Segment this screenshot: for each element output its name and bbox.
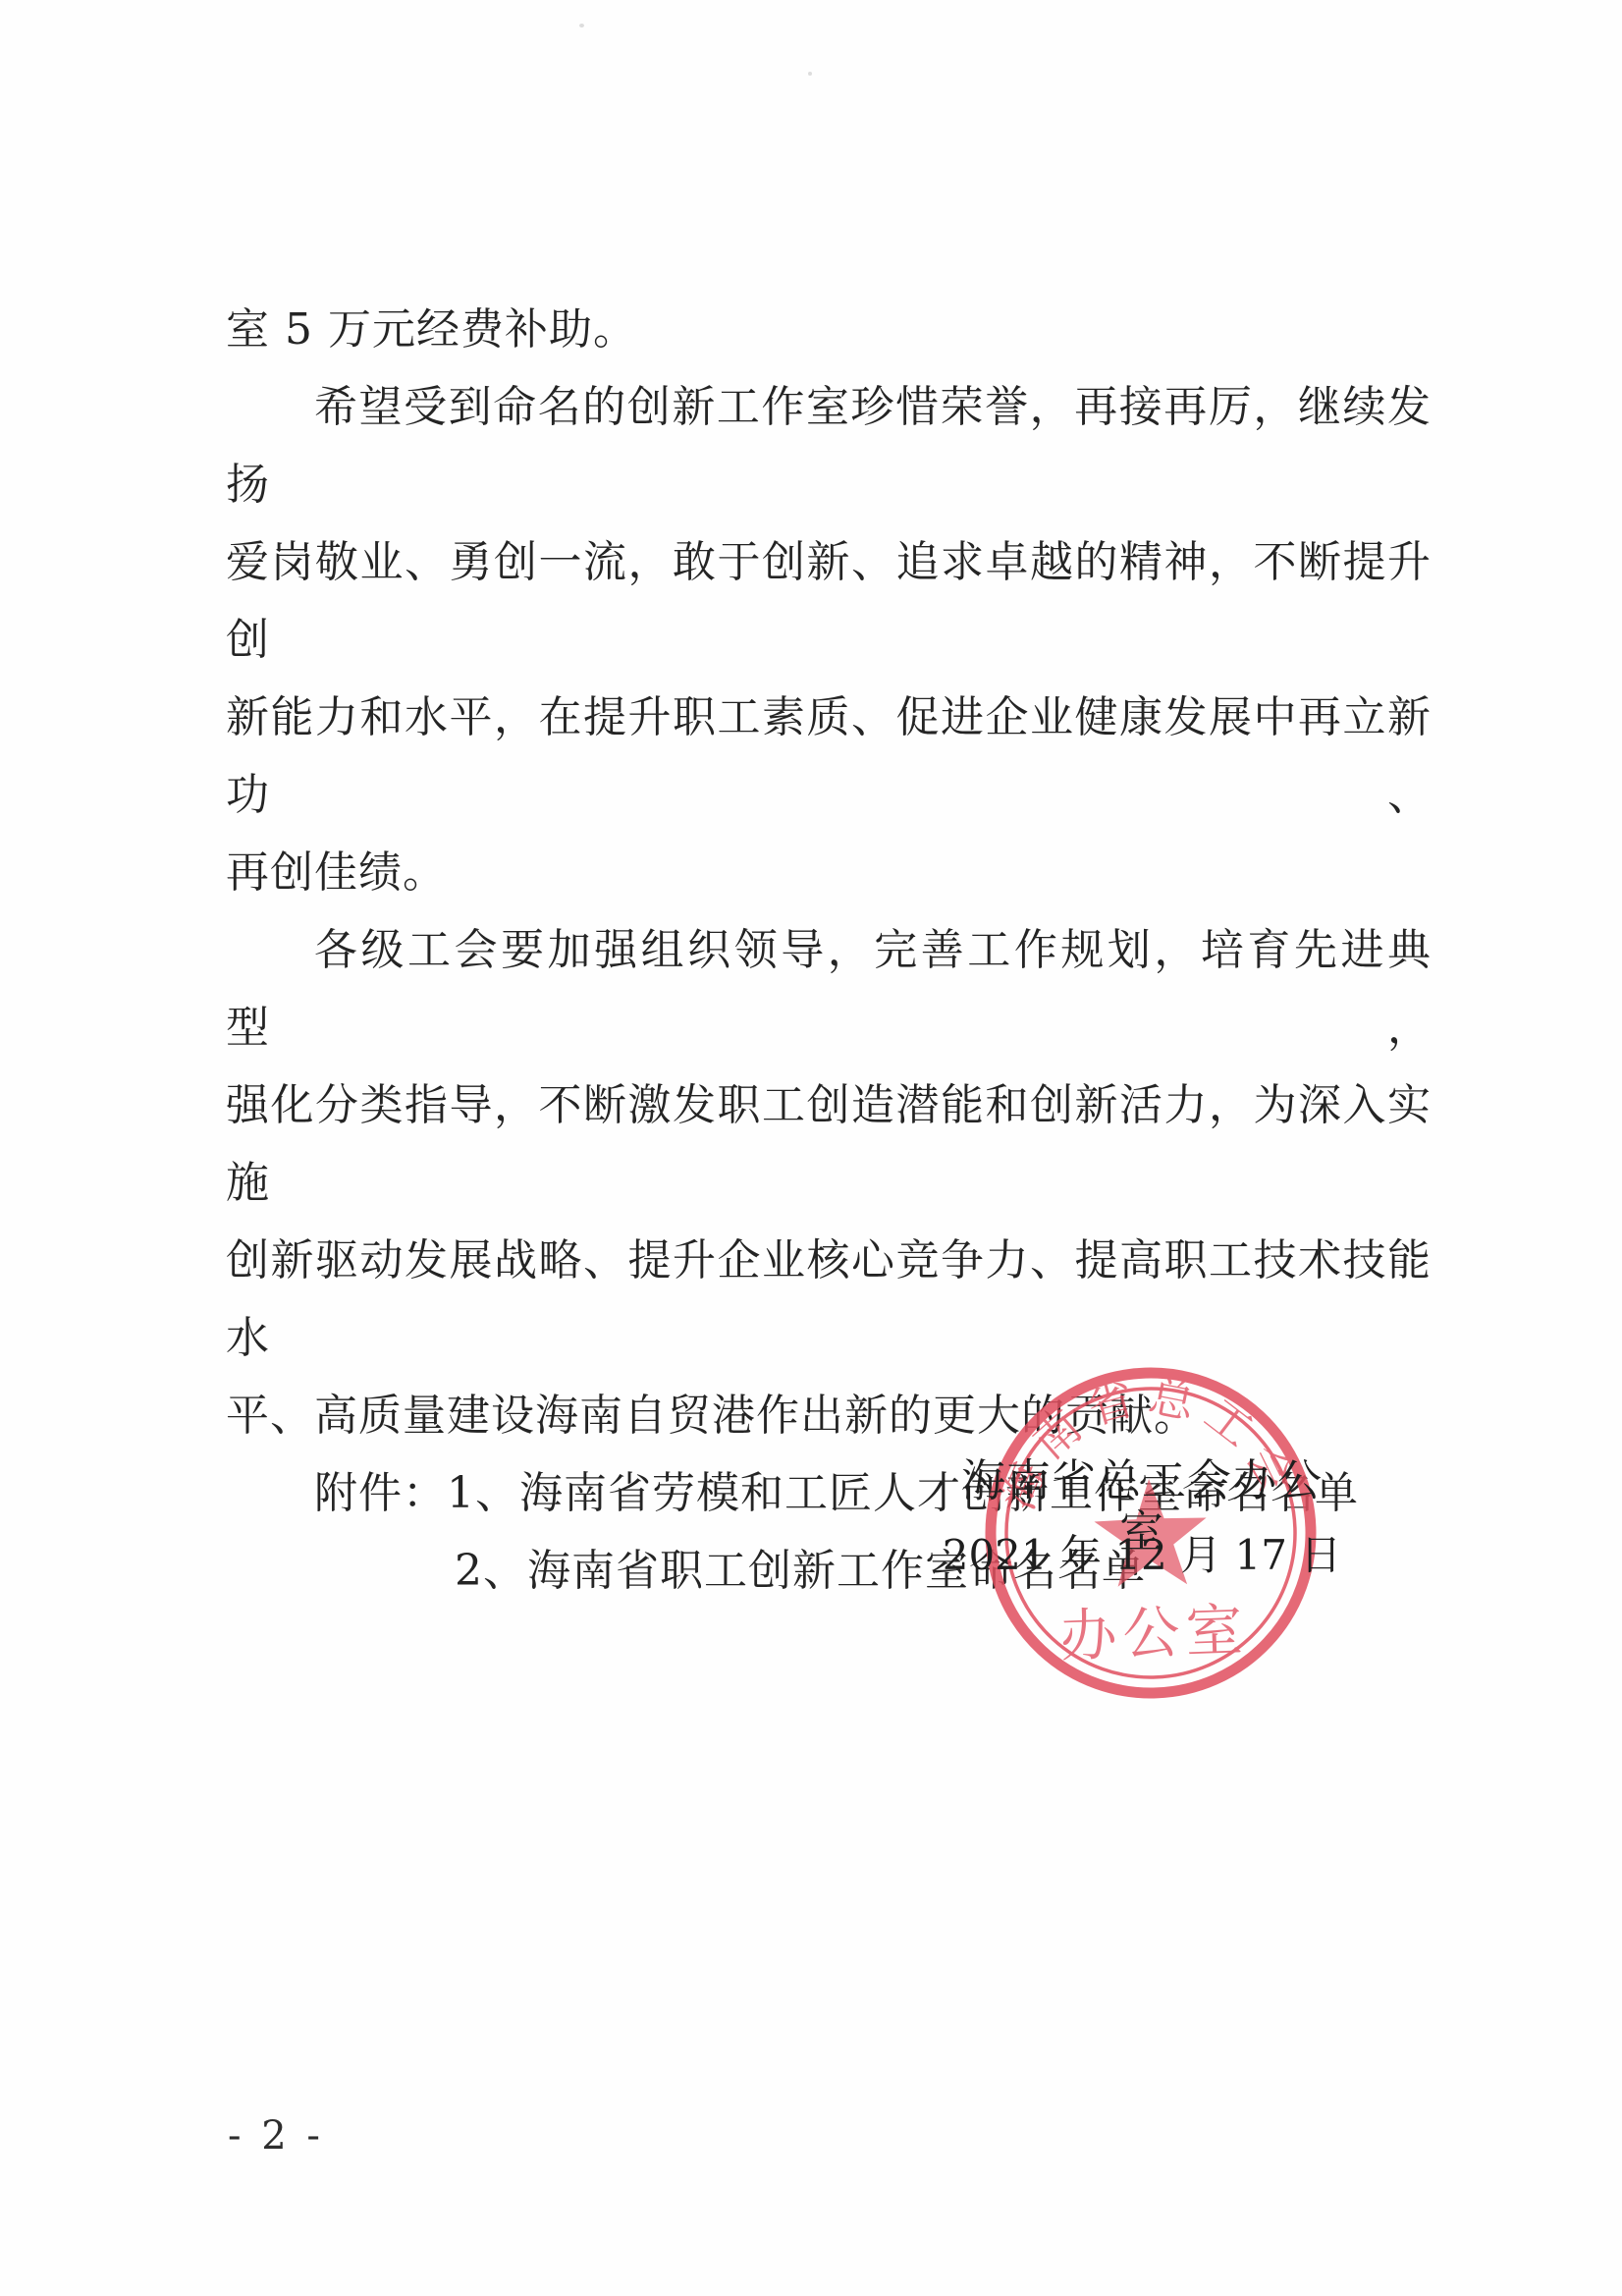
scan-speck: [579, 24, 584, 27]
body-line: 爱岗敬业、勇创一流，敢于创新、追求卓越的精神，不断提升创: [226, 523, 1432, 679]
document-page: 室 5 万元经费补助。 希望受到命名的创新工作室珍惜荣誉，再接再厉，继续发扬 爱…: [0, 0, 1622, 2296]
page-number: - 2 -: [218, 2113, 334, 2159]
body-line: 强化分类指导，不断激发职工创造潜能和创新活力，为深入实施: [226, 1066, 1432, 1222]
seal-bottom-text: 办公室: [1058, 1597, 1249, 1670]
scan-speck: [808, 72, 812, 76]
body-line: 室 5 万元经费补助。: [226, 291, 1432, 368]
body-line: 各级工会要加强组织领导，完善工作规划，培育先进典型，: [226, 911, 1432, 1066]
body-line: 希望受到命名的创新工作室珍惜荣誉，再接再厉，继续发扬: [226, 368, 1432, 523]
signing-date: 2021 年 12 月 17 日: [941, 1532, 1343, 1579]
body-line: 再创佳绩。: [226, 834, 1432, 911]
body-line: 新能力和水平，在提升职工素质、促进企业健康发展中再立新功、: [226, 679, 1432, 834]
